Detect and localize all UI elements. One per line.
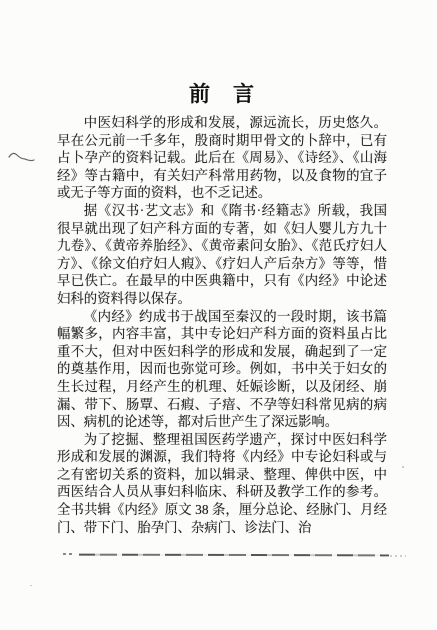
scan-speckle bbox=[30, 585, 32, 586]
paragraph-2: 据《汉书·艺文志》和《隋书·经籍志》所载，我国很早就出现了妇产科方面的专著，如《… bbox=[57, 202, 387, 308]
page-title: 前 言 bbox=[56, 78, 388, 108]
scan-artifact-tail bbox=[390, 555, 406, 557]
paragraph-3: 《内经》约成书于战国至秦汉的一段时期，该书篇幅繁多，内容丰富，其中专论妇产科方面… bbox=[57, 308, 387, 431]
scan-artifact-dots bbox=[63, 553, 73, 555]
stray-pen-mark bbox=[8, 150, 36, 166]
paragraph-1: 中医妇科学的形成和发展，源远流长，历史悠久。早在公元前一千多年，殷商时期甲骨文的… bbox=[57, 114, 387, 202]
scan-speckle bbox=[402, 466, 404, 468]
paragraph-4: 为了挖掘、整理祖国医药学遗产，探讨中医妇科学形成和发展的渊源，我们特将《内经》中… bbox=[57, 431, 387, 537]
preface-body: 中医妇科学的形成和发展，源远流长，历史悠久。早在公元前一千多年，殷商时期甲骨文的… bbox=[57, 114, 387, 536]
scan-artifact-line bbox=[79, 554, 389, 557]
scanned-book-page: 前 言 中医妇科学的形成和发展，源远流长，历史悠久。早在公元前一千多年，殷商时期… bbox=[0, 0, 437, 630]
